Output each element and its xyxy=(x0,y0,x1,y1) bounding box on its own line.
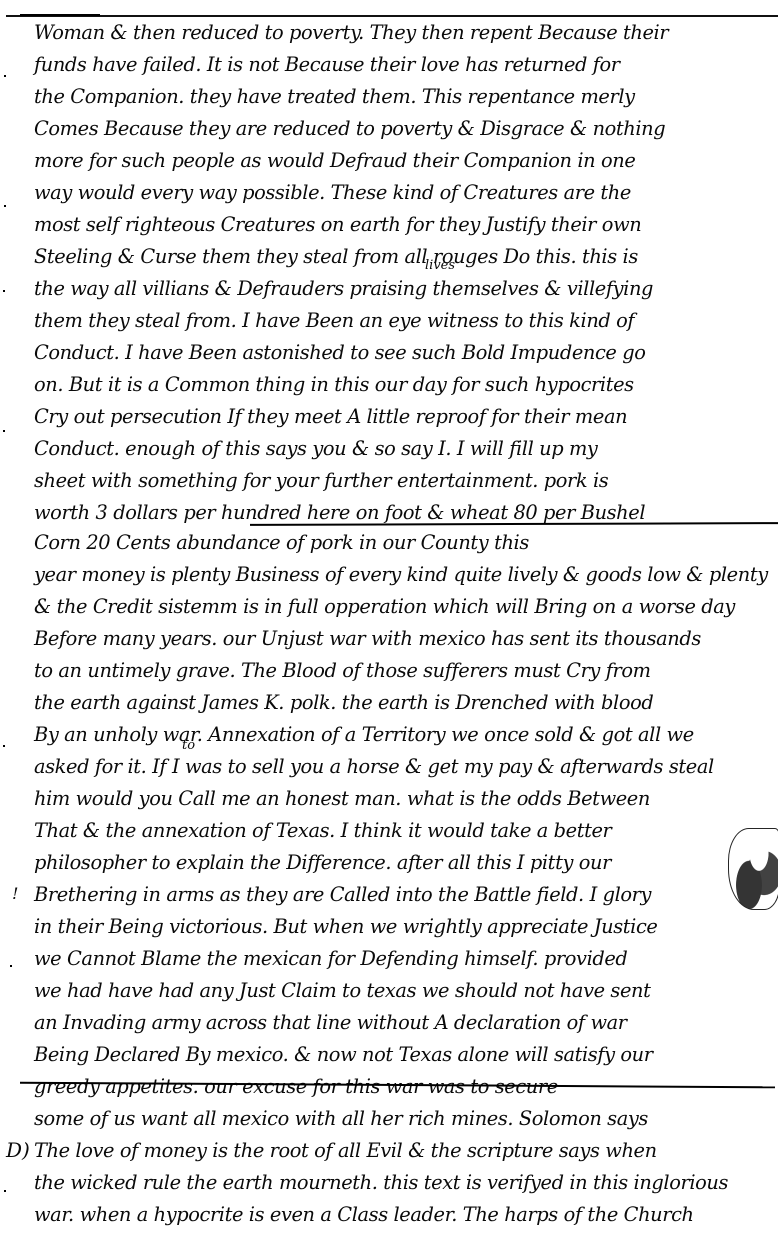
manuscript-line: & the Credit sistemm is in full opperati… xyxy=(34,594,769,620)
manuscript-line: Steeling & Curse them they steal from al… xyxy=(34,244,769,270)
manuscript-line: Corn 20 Cents abundance of pork in our C… xyxy=(34,530,769,556)
manuscript-line: the earth against James K. polk. the ear… xyxy=(34,690,769,716)
manuscript-line: Being Declared By mexico. & now not Texa… xyxy=(34,1042,769,1068)
manuscript-line: to an untimely grave. The Blood of those… xyxy=(34,658,769,684)
manuscript-line: funds have failed. It is not Because the… xyxy=(34,52,769,78)
manuscript-line: we had have had any Just Claim to texas … xyxy=(34,978,769,1004)
manuscript-line: Comes Because they are reduced to povert… xyxy=(34,116,769,142)
manuscript-line: By an unholy war. Annexation of a Territ… xyxy=(34,722,769,748)
manuscript-line: some of us want all mexico with all her … xyxy=(34,1106,769,1132)
paper-speck xyxy=(3,430,5,432)
manuscript-line: most self righteous Creatures on earth f… xyxy=(34,212,769,238)
paper-speck xyxy=(4,1190,6,1192)
manuscript-line: the wicked rule the earth mourneth. this… xyxy=(34,1170,769,1196)
paper-speck xyxy=(3,745,5,747)
manuscript-line: an Invading army across that line withou… xyxy=(34,1010,769,1036)
manuscript-line: Conduct. I have Been astonished to see s… xyxy=(34,340,769,366)
manuscript-line: Before many years. our Unjust war with m… xyxy=(34,626,769,652)
paper-speck xyxy=(3,290,5,292)
manuscript-line: Cry out persecution If they meet A littl… xyxy=(34,404,769,430)
manuscript-line: him would you Call me an honest man. wha… xyxy=(34,786,769,812)
paper-speck xyxy=(10,965,12,967)
manuscript-line: war. when a hypocrite is even a Class le… xyxy=(34,1202,769,1228)
manuscript-line: sheet with something for your further en… xyxy=(34,468,769,494)
manuscript-line: way would every way possible. These kind… xyxy=(34,180,769,206)
manuscript-line: The love of money is the root of all Evi… xyxy=(34,1138,769,1164)
manuscript-line: the Companion. they have treated them. T… xyxy=(34,84,769,110)
page-top-edge xyxy=(6,15,778,17)
interlinear-insertion: lives xyxy=(425,258,455,273)
interlinear-insertion: to xyxy=(182,738,195,753)
paper-speck xyxy=(4,205,6,207)
manuscript-line: the way all villians & Defrauders praisi… xyxy=(34,276,769,302)
manuscript-line: Conduct. enough of this says you & so sa… xyxy=(34,436,769,462)
manuscript-line: in their Being victorious. But when we w… xyxy=(34,914,769,940)
manuscript-line: more for such people as would Defraud th… xyxy=(34,148,769,174)
manuscript-line: we Cannot Blame the mexican for Defendin… xyxy=(34,946,769,972)
manuscript-page: Woman & then reduced to poverty. They th… xyxy=(0,0,778,1250)
manuscript-line: year money is plenty Business of every k… xyxy=(34,562,769,588)
manuscript-line: philosopher to explain the Difference. a… xyxy=(34,850,769,876)
paper-stain xyxy=(728,828,778,910)
manuscript-line: them they steal from. I have Been an eye… xyxy=(34,308,769,334)
manuscript-line: asked for it. If I was to sell you a hor… xyxy=(34,754,769,780)
manuscript-line: on. But it is a Common thing in this our… xyxy=(34,372,769,398)
manuscript-line: Brethering in arms as they are Called in… xyxy=(34,882,769,908)
manuscript-line: Woman & then reduced to poverty. They th… xyxy=(34,20,769,46)
margin-mark: D) xyxy=(6,1138,30,1162)
manuscript-line: That & the annexation of Texas. I think … xyxy=(34,818,769,844)
margin-mark: ! xyxy=(12,884,18,903)
paper-speck xyxy=(4,75,6,77)
